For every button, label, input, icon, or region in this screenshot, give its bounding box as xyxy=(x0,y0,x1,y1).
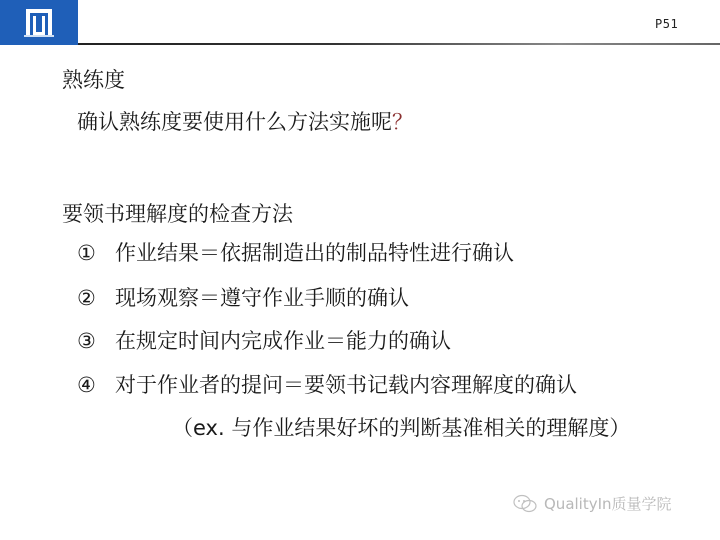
example-note: （ex. 与作业结果好坏的判断基准相关的理解度） xyxy=(172,412,630,442)
logo xyxy=(0,0,78,45)
pillar-gate-logo-icon xyxy=(22,6,56,40)
wechat-icon xyxy=(512,494,538,514)
question-line: 确认熟练度要使用什么方法实施呢？ xyxy=(77,106,413,136)
item-text: 在规定时间内完成作业＝能力的确认 xyxy=(115,329,451,353)
watermark-text: QualityIn质量学院 xyxy=(544,493,672,514)
question-text: 确认熟练度要使用什么方法实施呢 xyxy=(77,110,392,134)
item-number: ③ xyxy=(77,329,115,353)
item-number: ④ xyxy=(77,373,115,397)
section-heading: 要领书理解度的检查方法 xyxy=(62,198,293,228)
header-divider xyxy=(78,43,720,45)
item-number: ① xyxy=(77,241,115,265)
item-number: ② xyxy=(77,286,115,310)
item-text: 现场观察＝遵守作业手顺的确认 xyxy=(115,286,409,310)
slide-title: 熟练度 xyxy=(62,64,125,94)
list-item: ①作业结果＝依据制造出的制品特性进行确认 xyxy=(77,237,514,267)
list-item: ③在规定时间内完成作业＝能力的确认 xyxy=(77,325,451,355)
list-item: ④对于作业者的提问＝要领书记载内容理解度的确认 xyxy=(77,369,577,399)
item-text: 作业结果＝依据制造出的制品特性进行确认 xyxy=(115,241,514,265)
item-text: 对于作业者的提问＝要领书记载内容理解度的确认 xyxy=(115,373,577,397)
list-item: ②现场观察＝遵守作业手顺的确认 xyxy=(77,282,409,312)
watermark: QualityIn质量学院 xyxy=(512,493,672,514)
page-number: P51 xyxy=(655,17,678,31)
question-mark: ？ xyxy=(392,110,413,134)
